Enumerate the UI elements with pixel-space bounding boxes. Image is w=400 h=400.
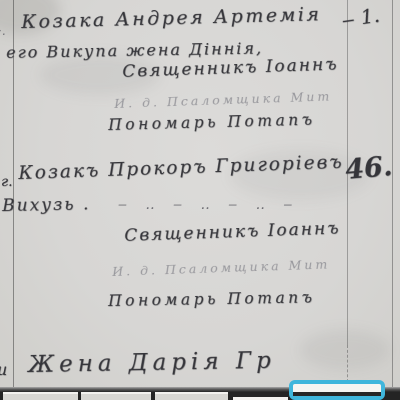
handwriting-line: Козакъ Прокоръ Григоріевъ — [18, 152, 344, 184]
margin-fragment: ·. — [0, 24, 6, 38]
handwriting-line: Вихузь . — [2, 194, 91, 216]
handwriting-line: И. д. Псаломщика Мит — [114, 88, 332, 111]
handwriting-line: Пономарь Потапъ — [108, 111, 316, 134]
thumbnail-image — [81, 394, 151, 400]
handwriting-line: И. д. Псаломщика Мит — [112, 256, 330, 279]
entry-number: 46. — [344, 151, 394, 186]
handwriting-line: Пономарь Потапъ — [108, 288, 316, 310]
ditto-marks: ‒ ‥ ‒ ‥ ‒ ‥ ‒ — [118, 197, 299, 213]
thumbnail-image — [293, 392, 381, 396]
entry-number: ‒ 1. — [340, 3, 381, 32]
margin-fragment: г. — [1, 174, 13, 190]
handwriting-line: Козака Андрея Артемія — [21, 3, 322, 33]
handwriting-line: Жена Дарія Гр — [28, 348, 276, 378]
margin-fragment: и — [0, 360, 7, 379]
filmstrip-thumbnail-1[interactable] — [3, 392, 78, 400]
filmstrip-thumbnail-selected[interactable] — [289, 380, 385, 400]
filmstrip-thumbnail-3[interactable] — [155, 392, 228, 400]
thumbnail-image — [3, 394, 78, 400]
document-viewer: Козака Андрея Артемія ‒ 1. его Викупа же… — [0, 0, 400, 400]
paper-stain — [300, 330, 390, 370]
scanned-page: Козака Андрея Артемія ‒ 1. его Викупа же… — [0, 0, 400, 400]
handwriting-line: Священникъ Іоаннъ — [124, 218, 341, 246]
thumbnail-image — [155, 394, 228, 400]
ruled-line-right — [392, 0, 393, 387]
filmstrip-thumbnail-2[interactable] — [81, 392, 151, 400]
